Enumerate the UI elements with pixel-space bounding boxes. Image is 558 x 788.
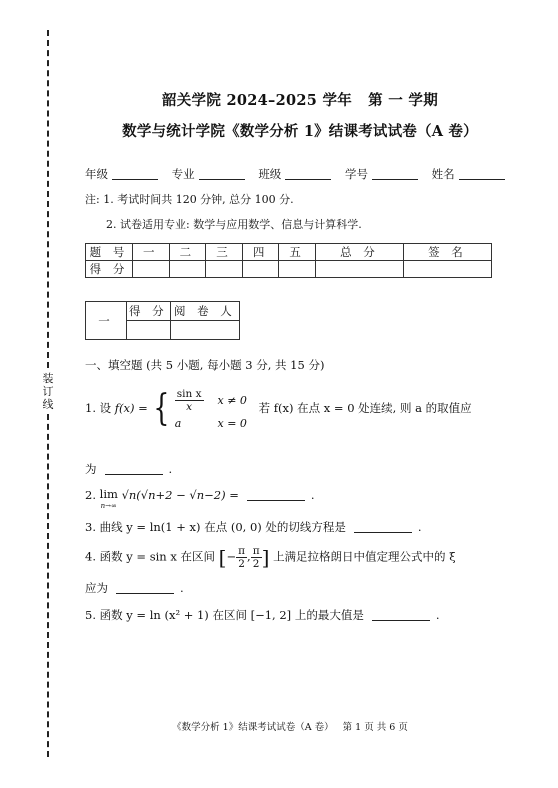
exam-title-line1: 韶关学院 2024–2025 学年 第 一 学期 <box>80 89 520 110</box>
q2-answer-blank[interactable] <box>247 500 305 501</box>
score-table: 题 号 一 二 三 四 五 总 分 签 名 得 分 <box>85 243 492 278</box>
q4-answer-blank[interactable] <box>116 593 174 594</box>
note-line-1: 注: 1. 考试时间共 120 分钟, 总分 100 分. <box>85 191 294 207</box>
grader-table: 一 得 分 阅 卷 人 <box>85 301 240 340</box>
score-cell[interactable] <box>315 261 403 278</box>
binding-dashed-line-top <box>47 30 49 368</box>
student-id-blank[interactable] <box>372 179 418 180</box>
binding-char: 装 <box>40 372 56 385</box>
score-cell[interactable] <box>169 261 206 278</box>
question-1-continued: 为. <box>85 461 172 477</box>
q1-answer-blank[interactable] <box>105 474 163 475</box>
q2-expression: √n(√n+2 − √n−2) = <box>122 488 239 502</box>
binding-dashed-line-bottom <box>47 414 49 757</box>
binding-label: 装 订 线 <box>40 372 56 411</box>
question-1: 1. 设 f(x) ={ sin xx x ≠ 0 a x = 0 若 f(x)… <box>85 388 472 430</box>
q1-case2-cond: x = 0 <box>218 417 247 430</box>
q3-answer-blank[interactable] <box>354 532 412 533</box>
q1-suffix: 若 f(x) 在点 x = 0 处连续, 则 a 的取值应 <box>259 401 472 415</box>
q2-limit: limn→∞ <box>100 488 118 512</box>
grader-name-cell[interactable] <box>170 321 239 340</box>
binding-char: 订 <box>40 385 56 398</box>
field-label-class: 班级 <box>258 167 281 181</box>
page-footer: 《数学分析 1》结课考试试卷（A 卷） 第 1 页 共 6 页 <box>140 719 440 733</box>
q4-prefix: 4. 函数 y = sin x 在区间 <box>85 550 215 564</box>
q5-answer-blank[interactable] <box>372 620 430 621</box>
q4-frac-left: π2 <box>236 545 247 570</box>
field-label-student-id: 学号 <box>345 167 368 181</box>
question-4-continued: 应为. <box>85 580 184 596</box>
q1-prefix: 1. 设 <box>85 401 111 415</box>
right-bracket-icon: ] <box>262 546 270 570</box>
student-info-row: 年级 专业 班级 学号 姓名 <box>85 166 505 182</box>
field-label-grade: 年级 <box>85 167 108 181</box>
q1-cases: sin xx x ≠ 0 a x = 0 <box>175 388 247 430</box>
grader-score-cell[interactable] <box>127 321 171 340</box>
q1-fraction: sin xx <box>175 388 204 413</box>
question-3: 3. 曲线 y = ln(1 + x) 在点 (0, 0) 处的切线方程是. <box>85 519 422 535</box>
section-heading: 一、填空题 (共 5 小题, 每小题 3 分, 共 15 分) <box>85 357 324 373</box>
q4-frac-right: π2 <box>251 545 262 570</box>
grader-table-section: 一 <box>86 302 127 340</box>
score-table-col: 五 <box>279 244 316 261</box>
score-table-col: 一 <box>133 244 170 261</box>
class-blank[interactable] <box>285 179 331 180</box>
q1-continuation: 为 <box>85 462 97 476</box>
field-label-name: 姓名 <box>432 167 455 181</box>
name-blank[interactable] <box>459 179 505 180</box>
score-table-col: 三 <box>206 244 243 261</box>
field-label-major: 专业 <box>172 167 195 181</box>
score-table-header-label: 题 号 <box>86 244 133 261</box>
score-table-col: 总 分 <box>315 244 403 261</box>
q4-suffix: 上满足拉格朗日中值定理公式中的 ξ <box>273 550 456 564</box>
question-5: 5. 函数 y = ln (x² + 1) 在区间 [−1, 2] 上的最大值是… <box>85 607 439 623</box>
major-blank[interactable] <box>199 179 245 180</box>
score-table-row-label: 得 分 <box>86 261 133 278</box>
score-cell[interactable] <box>133 261 170 278</box>
q1-func: f(x) = <box>115 401 148 415</box>
score-table-col: 二 <box>169 244 206 261</box>
grader-table-grader-label: 阅 卷 人 <box>170 302 239 321</box>
score-cell[interactable] <box>403 261 491 278</box>
score-cell[interactable] <box>206 261 243 278</box>
grader-table-score-label: 得 分 <box>127 302 171 321</box>
question-2: 2. limn→∞ √n(√n+2 − √n−2) =. <box>85 488 315 512</box>
score-cell[interactable] <box>242 261 279 278</box>
score-table-header-row: 题 号 一 二 三 四 五 总 分 签 名 <box>86 244 492 261</box>
binding-char: 线 <box>40 398 56 411</box>
score-table-score-row: 得 分 <box>86 261 492 278</box>
grade-blank[interactable] <box>112 179 158 180</box>
q5-text: 5. 函数 y = ln (x² + 1) 在区间 [−1, 2] 上的最大值是 <box>85 608 364 622</box>
left-brace-icon: { <box>153 391 169 427</box>
exam-title-line2: 数学与统计学院《数学分析 1》结课考试试卷（A 卷） <box>80 120 520 141</box>
question-4: 4. 函数 y = sin x 在区间 [−π2,π2] 上满足拉格朗日中值定理… <box>85 545 456 570</box>
score-table-col: 签 名 <box>403 244 491 261</box>
note-line-2: 2. 试卷适用专业: 数学与应用数学、信息与计算科学. <box>106 216 362 232</box>
score-cell[interactable] <box>279 261 316 278</box>
score-table-col: 四 <box>242 244 279 261</box>
q3-text: 3. 曲线 y = ln(1 + x) 在点 (0, 0) 处的切线方程是 <box>85 520 346 534</box>
q1-case1-cond: x ≠ 0 <box>218 394 247 407</box>
q1-case2-val: a <box>175 417 204 430</box>
